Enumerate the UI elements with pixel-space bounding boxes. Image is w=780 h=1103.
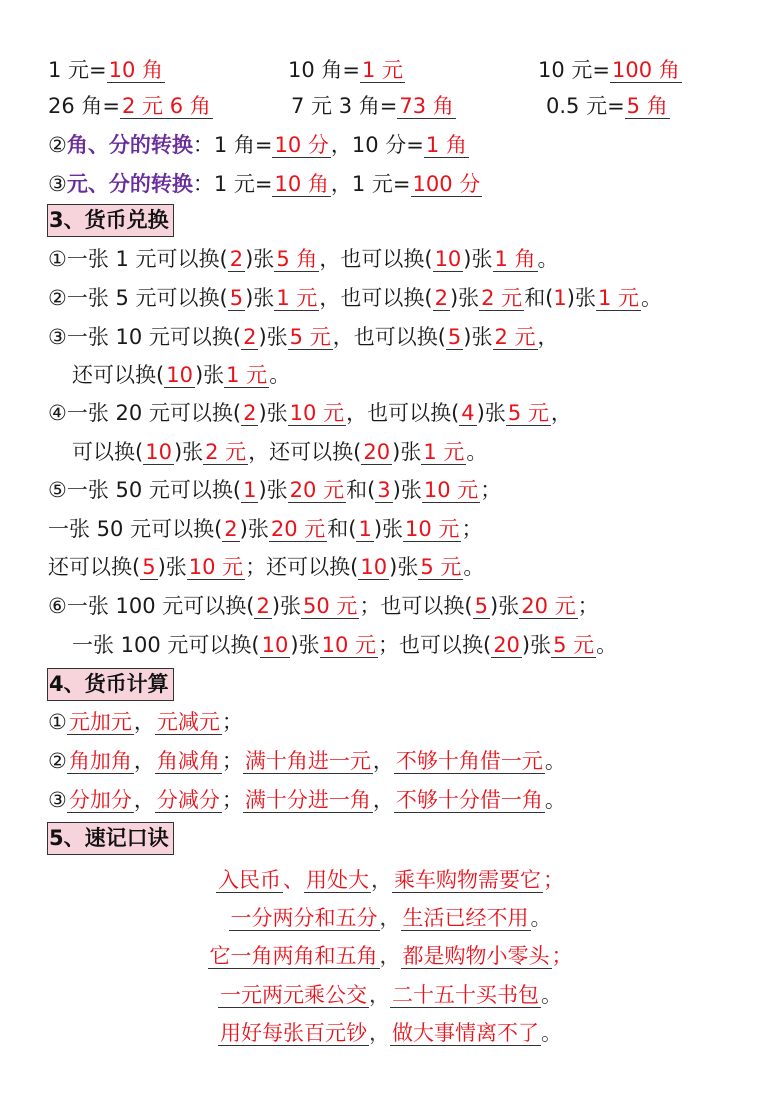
punctuation: 。 [531, 906, 552, 930]
text: ， [373, 749, 394, 773]
item-number: ③ [48, 788, 67, 812]
answer-blank: 5 [140, 555, 157, 580]
answer-blank: 5 角 [274, 247, 319, 272]
text: )张 [272, 594, 301, 618]
answer-blank: 1 角 [493, 247, 538, 272]
answer-blank: 20 元 [519, 594, 577, 619]
text: )张 [490, 594, 519, 618]
rhyme-phrase: 用处大 [304, 868, 371, 893]
answer-blank: 2 [241, 325, 258, 350]
answer-blank: 10 [164, 363, 195, 388]
punctuation: ； [543, 868, 564, 892]
punctuation: 。 [541, 1021, 562, 1045]
text: ， [373, 788, 394, 812]
text: 。 [545, 749, 566, 773]
answer-blank: 2 [433, 286, 450, 311]
answer-blank: 20 [361, 440, 392, 465]
answer-blank: 1 [241, 478, 258, 503]
conversion-item: 1 元=10 角 [48, 53, 165, 87]
answer-blank: 10 元 [288, 401, 346, 426]
text: )张 [258, 325, 287, 349]
punctuation: 、 [283, 868, 304, 892]
conversion-item: 7 元 3 角=73 角 [291, 89, 456, 123]
answer-blank: 10 角 [272, 172, 330, 197]
answer-blank: 20 [491, 633, 522, 658]
text: )张 [393, 478, 422, 502]
rhyme-line-4: 一元两元乘公交，二十五十买书包。 [0, 978, 780, 1012]
answer-blank: 73 角 [397, 94, 455, 119]
conversion-lhs: 1 元= [352, 172, 411, 196]
calc-line-1: ①元加元，元减元； [48, 705, 243, 739]
text: ①一张 1 元可以换( [48, 247, 228, 271]
text: ； [480, 478, 501, 502]
text: ， [551, 401, 572, 425]
text: )张 [389, 555, 418, 579]
rhyme-phrase: 它一角两角和五角 [208, 944, 380, 969]
rhyme-line-2: 一分两分和五分，生活已经不用。 [0, 901, 780, 935]
answer-blank: 分加分 [67, 788, 134, 813]
section-header-mnemonic-rhyme: 5、速记口诀 [47, 822, 174, 855]
conversion-lhs: 1 角= [214, 133, 273, 157]
text: )张 [463, 325, 492, 349]
text: ， [134, 749, 155, 773]
rhyme-phrase: 做大事情离不了 [390, 1021, 541, 1046]
text: )张 [463, 247, 492, 271]
conversion-lhs: 1 元= [48, 58, 107, 82]
text: )张 [245, 286, 274, 310]
item-number: ③ [48, 172, 67, 196]
answer-blank: 2 [222, 517, 239, 542]
conversion-item: 10 元=100 角 [538, 53, 682, 87]
text: 。 [545, 788, 566, 812]
exchange-line-4: ④一张 20 元可以换(2)张10 元，也可以换(4)张5 元， [48, 396, 572, 430]
jiao-fen-conversion: ②角、分的转换：1 角=10 分，10 分=1 角 [48, 128, 469, 162]
exchange-line-4b: 可以换(10)张2 元，还可以换(20)张1 元。 [72, 435, 487, 469]
answer-blank: 5 [446, 325, 463, 350]
answer-blank: 2 元 [493, 325, 538, 350]
text: 。 [463, 555, 484, 579]
answer-blank: 分减分 [155, 788, 222, 813]
text: ， [134, 710, 155, 734]
answer-blank: 1 元 [421, 440, 466, 465]
conversion-lhs: 26 角= [48, 94, 120, 118]
conversion-lhs: 7 元 3 角= [291, 94, 397, 118]
punctuation: ， [380, 906, 401, 930]
text: ，也可以换( [333, 325, 446, 349]
text: 。 [596, 633, 617, 657]
exchange-line-5c: 还可以换(5)张10 元；还可以换(10)张5 元。 [48, 550, 484, 584]
punctuation: ， [380, 944, 401, 968]
answer-blank: 5 [473, 594, 490, 619]
conversion-item: 10 角=1 元 [288, 53, 405, 87]
punctuation: 。 [541, 983, 562, 1007]
answer-blank: 10 元 [422, 478, 480, 503]
exchange-line-1: ①一张 1 元可以换(2)张5 角，也可以换(10)张1 角。 [48, 242, 559, 276]
answer-blank: 2 元 6 角 [120, 94, 213, 119]
rhyme-phrase: 一元两元乘公交 [218, 983, 369, 1008]
text: ； [222, 749, 243, 773]
calc-line-3: ③分加分，分减分；满十分进一角，不够十分借一角。 [48, 783, 566, 817]
rhyme-line-3: 它一角两角和五角，都是购物小零头； [0, 939, 780, 973]
punctuation: ， [371, 868, 392, 892]
item-number: ② [48, 133, 67, 157]
rhyme-phrase: 生活已经不用 [401, 906, 531, 931]
text: ⑥一张 100 元可以换( [48, 594, 254, 618]
rhyme-line-1: 入民币、用处大，乘车购物需要它； [0, 863, 780, 897]
yuan-fen-conversion: ③元、分的转换：1 元=10 角，1 元=100 分 [48, 167, 482, 201]
text: )张 [245, 247, 274, 271]
answer-blank: 角加角 [67, 749, 134, 774]
answer-blank: 10 [143, 440, 174, 465]
answer-blank: 10 元 [320, 633, 378, 658]
answer-blank: 20 元 [288, 478, 346, 503]
rhyme-line-5: 用好每张百元钞，做大事情离不了。 [0, 1016, 780, 1050]
text: ；也可以换( [359, 594, 472, 618]
text: 。 [269, 363, 290, 387]
answer-blank: 不够十分借一角 [394, 788, 545, 813]
text: ； [461, 517, 482, 541]
exchange-line-3: ③一张 10 元可以换(2)张5 元，也可以换(5)张2 元， [48, 320, 559, 354]
text: )张 [174, 440, 203, 464]
answer-blank: 元减元 [155, 710, 222, 735]
rhyme-phrase: 都是购物小零头 [401, 944, 552, 969]
text: 。 [538, 247, 559, 271]
conversion-item: 0.5 元=5 角 [546, 89, 670, 123]
answer-blank: 1 角 [424, 133, 469, 158]
answer-blank: 角减角 [155, 749, 222, 774]
text: 和( [327, 517, 356, 541]
rhyme-phrase: 用好每张百元钞 [218, 1021, 369, 1046]
section-header-currency-calculation: 4、货币计算 [47, 668, 174, 701]
text: )张 [477, 401, 506, 425]
text: ⑤一张 50 元可以换( [48, 478, 241, 502]
exchange-line-6b: 一张 100 元可以换(10)张10 元；也可以换(20)张5 元。 [72, 628, 617, 662]
text: 和( [524, 286, 553, 310]
item-number: ① [48, 710, 67, 734]
answer-blank: 元加元 [67, 710, 134, 735]
answer-blank: 1 元 [596, 286, 641, 311]
separator: ， [331, 133, 352, 157]
exchange-line-3b: 还可以换(10)张1 元。 [72, 358, 290, 392]
text: 可以换( [72, 440, 143, 464]
answer-blank: 5 元 [506, 401, 551, 426]
answer-blank: 2 元 [203, 440, 248, 465]
rhyme-phrase: 乘车购物需要它 [392, 868, 543, 893]
text: ， [538, 325, 559, 349]
answer-blank: 满十分进一角 [243, 788, 373, 813]
text: 还可以换( [72, 363, 164, 387]
answer-blank: 3 [375, 478, 392, 503]
rhyme-phrase: 入民币 [216, 868, 283, 893]
answer-blank: 1 元 [360, 58, 405, 83]
answer-blank: 10 [358, 555, 389, 580]
text: ； [222, 788, 243, 812]
exchange-line-5b: 一张 50 元可以换(2)张20 元和(1)张10 元； [48, 512, 482, 546]
section-header-currency-exchange: 3、货币兑换 [47, 204, 174, 237]
text: ； [578, 594, 599, 618]
answer-blank: 5 元 [551, 633, 596, 658]
answer-value: 1 [553, 286, 566, 310]
text: ；还可以换( [245, 555, 358, 579]
answer-blank: 20 元 [269, 517, 327, 542]
text: )张 [450, 286, 479, 310]
subheading: 角、分的转换 [67, 133, 193, 157]
text: ，还可以换( [248, 440, 361, 464]
conversion-lhs: 10 角= [288, 58, 360, 82]
answer-blank: 10 分 [272, 133, 330, 158]
answer-blank: 10 [433, 247, 464, 272]
answer-blank: 10 角 [107, 58, 165, 83]
text: )张 [567, 286, 596, 310]
answer-blank: 不够十角借一元 [394, 749, 545, 774]
answer-blank: 2 元 [479, 286, 524, 311]
text: 。 [466, 440, 487, 464]
answer-blank: 100 分 [411, 172, 483, 197]
answer-blank: 2 [241, 401, 258, 426]
text: )张 [258, 401, 287, 425]
subheading: 元、分的转换 [67, 172, 193, 196]
rhyme-phrase: 一分两分和五分 [229, 906, 380, 931]
text: ； [222, 710, 243, 734]
text: ，也可以换( [319, 286, 432, 310]
conversion-lhs: 0.5 元= [546, 94, 625, 118]
answer-blank: 1 元 [274, 286, 319, 311]
answer-blank: 2 [228, 247, 245, 272]
exchange-line-2: ②一张 5 元可以换(5)张1 元，也可以换(2)张2 元和(1)张1 元。 [48, 281, 662, 315]
conversion-item: 26 角=2 元 6 角 [48, 89, 213, 123]
text: 和( [346, 478, 375, 502]
text: 。 [641, 286, 662, 310]
punctuation: ， [369, 983, 390, 1007]
text: ③一张 10 元可以换( [48, 325, 241, 349]
text: 一张 100 元可以换( [72, 633, 260, 657]
text: ， [134, 788, 155, 812]
conversion-lhs: 1 元= [214, 172, 273, 196]
text: )张 [195, 363, 224, 387]
text: ②一张 5 元可以换( [48, 286, 228, 310]
conversion-lhs: 10 元= [538, 58, 610, 82]
text: ，也可以换( [346, 401, 459, 425]
answer-blank: 10 元 [187, 555, 245, 580]
item-number: ② [48, 749, 67, 773]
conversion-lhs: 10 分= [352, 133, 424, 157]
punctuation: ， [369, 1021, 390, 1045]
exchange-line-6: ⑥一张 100 元可以换(2)张50 元；也可以换(5)张20 元； [48, 589, 599, 623]
text: )张 [240, 517, 269, 541]
answer-blank: 5 [228, 286, 245, 311]
text: )张 [392, 440, 421, 464]
text: )张 [522, 633, 551, 657]
answer-blank: 满十角进一元 [243, 749, 373, 774]
text: ④一张 20 元可以换( [48, 401, 241, 425]
text: 一张 50 元可以换( [48, 517, 222, 541]
text: )张 [258, 478, 287, 502]
colon: ： [193, 133, 214, 157]
answer-blank: 4 [459, 401, 476, 426]
rhyme-phrase: 二十五十买书包 [390, 983, 541, 1008]
answer-blank: 1 [356, 517, 373, 542]
answer-blank: 5 角 [625, 94, 670, 119]
exchange-line-5: ⑤一张 50 元可以换(1)张20 元和(3)张10 元； [48, 473, 501, 507]
text: )张 [158, 555, 187, 579]
punctuation: ； [552, 944, 573, 968]
colon: ： [193, 172, 214, 196]
answer-blank: 5 元 [418, 555, 463, 580]
text: )张 [290, 633, 319, 657]
text: ；也可以换( [378, 633, 491, 657]
separator: ， [331, 172, 352, 196]
answer-blank: 100 角 [610, 58, 682, 83]
answer-blank: 2 [254, 594, 271, 619]
answer-blank: 50 元 [301, 594, 359, 619]
text: 还可以换( [48, 555, 140, 579]
text: )张 [374, 517, 403, 541]
answer-blank: 1 元 [224, 363, 269, 388]
answer-blank: 10 元 [403, 517, 461, 542]
text: ，也可以换( [319, 247, 432, 271]
answer-blank: 10 [260, 633, 291, 658]
answer-blank: 5 元 [288, 325, 333, 350]
calc-line-2: ②角加角，角减角；满十角进一元，不够十角借一元。 [48, 744, 566, 778]
